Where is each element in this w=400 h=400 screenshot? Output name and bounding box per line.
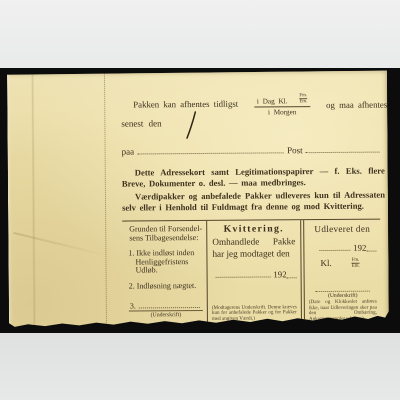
- handwritten-mark: [185, 111, 199, 139]
- scan-background-top: [0, 0, 400, 68]
- paper-crease: [31, 73, 36, 329]
- em-label: Em.: [299, 100, 307, 105]
- receipt-header: Kvittering.: [207, 223, 300, 235]
- ampm-stack: Fm. Em.: [352, 258, 360, 270]
- fraction-top: i Dag Kl. Fm. Em.: [254, 91, 311, 107]
- kl-label: Kl.: [320, 258, 331, 268]
- tomorrow-label: i Morgen: [254, 107, 311, 116]
- today-label: i Dag Kl.: [257, 97, 288, 105]
- dotted-fill-line: [137, 144, 284, 154]
- pickup-prefix: Pakken kan afhentes tidligst: [133, 92, 238, 110]
- return-reason-item-2: 2. Indløsning nægtet.: [136, 282, 204, 291]
- dotted-fill-line: [306, 144, 380, 154]
- today-tomorrow-fraction: i Dag Kl. Fm. Em. i Morgen: [254, 91, 311, 116]
- item-3-number: 3.: [130, 301, 136, 310]
- perforation-line: [104, 73, 107, 329]
- year-prefix: 192: [353, 243, 366, 253]
- ampm-stack: Fm. Em.: [299, 93, 307, 105]
- paper-crease: [13, 232, 106, 256]
- em-label: Em.: [352, 264, 360, 269]
- form-table: Grunden til Forsendel­sens Tilbagesendel…: [122, 219, 381, 330]
- return-reason-item-3: 3.: [130, 299, 203, 311]
- delivery-year-row: 192: [316, 242, 376, 253]
- return-reason-column: Grunden til Forsendel­sens Tilbagesendel…: [122, 221, 208, 330]
- dotted-fill-line: [366, 243, 376, 252]
- latest-date-label: senest den: [121, 118, 161, 128]
- delivery-time-row: Kl. Fm. Em.: [320, 258, 380, 270]
- dotted-fill-line: [216, 268, 271, 277]
- receipt-footnote: (Modtagerens Underskrift. Denne kræves k…: [212, 305, 297, 323]
- signature-caption: (Underskrift): [129, 309, 203, 318]
- delivery-signature-block: (Underskrift) (Dato og Klokkeslet anføre…: [309, 290, 377, 323]
- parcel-advice-card: Pakken kan afhentes tidligst i Dag Kl. F…: [7, 71, 389, 330]
- receipt-column: Kvittering. Omhandlede Pakke har jeg mod…: [207, 220, 302, 329]
- return-reason-header: Grunden til Forsendel­sens Tilbagesendel…: [129, 225, 203, 243]
- return-reason-item-1: 1. Ikke indløst inden Hen­liggefristens …: [135, 249, 203, 275]
- post-label: Post: [287, 145, 303, 155]
- pickup-suffix: og maa afhentes: [326, 91, 387, 110]
- pickup-line: Pakken kan afhentes tidligst i Dag Kl. F…: [133, 91, 387, 118]
- scan-background-bottom: [0, 333, 400, 400]
- delivery-header: Udleveret den: [304, 224, 380, 235]
- dotted-fill-line: [287, 269, 297, 278]
- receipt-year-row: 192: [213, 268, 297, 280]
- dotted-fill-line: [319, 242, 350, 251]
- receipt-body-text: Omhandlede Pakke har jeg modtaget den: [212, 236, 295, 260]
- dotted-fill-line: [139, 299, 200, 308]
- year-prefix: 192: [273, 269, 286, 279]
- notice-documents: Dette Adressekort samt Legitimationspapi…: [122, 166, 385, 190]
- delivery-column: Udleveret den 192 Kl. Fm. Em. (Underskri…: [303, 220, 381, 329]
- delivery-footnote: (Dato og Klokkeslet anføres ikke, naar U…: [309, 299, 377, 323]
- notice-valuables: Værdipakker og anbefalede Pakker udlever…: [122, 190, 385, 214]
- location-line: paa Post: [122, 144, 383, 157]
- paa-label: paa: [122, 147, 135, 157]
